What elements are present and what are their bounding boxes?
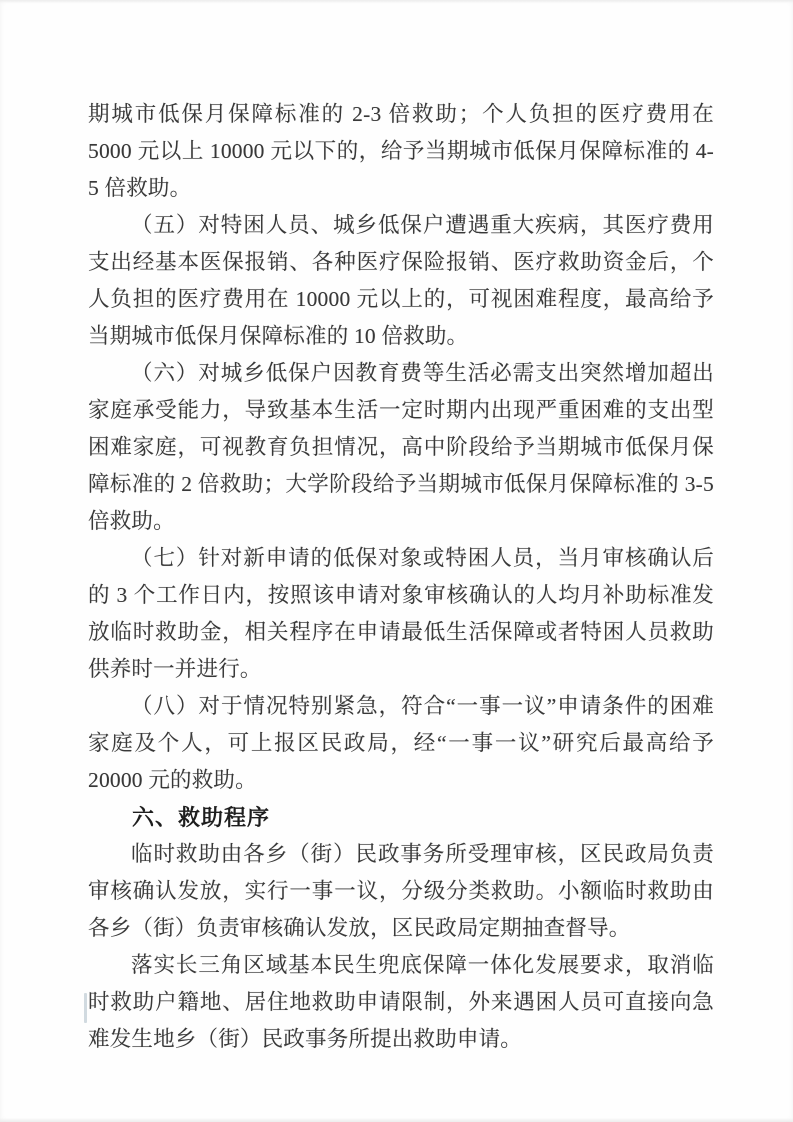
scanned-document-page: 期城市低保月保障标准的 2-3 倍救助；个人负担的医疗费用在 5000 元以上 … [0,0,793,1122]
paragraph-procedure-2: 落实长三角区域基本民生兜底保障一体化发展要求，取消临时救助户籍地、居住地救助申请… [88,947,714,1058]
paragraph-item-qi: （七）针对新申请的低保对象或特困人员，当月审核确认后的 3 个工作日内，按照该申… [88,540,714,688]
scan-artifact-mark [84,993,87,1023]
paragraph-continuation: 期城市低保月保障标准的 2-3 倍救助；个人负担的医疗费用在 5000 元以上 … [88,96,714,207]
paragraph-procedure-1: 临时救助由各乡（街）民政事务所受理审核，区民政局负责审核确认发放，实行一事一议，… [88,836,714,947]
section-heading-rescue-procedure: 六、救助程序 [88,799,714,836]
document-text-block: 期城市低保月保障标准的 2-3 倍救助；个人负担的医疗费用在 5000 元以上 … [88,96,714,1058]
scan-edge-bottom [0,1118,793,1122]
paragraph-item-liu: （六）对城乡低保户因教育费等生活必需支出突然增加超出家庭承受能力，导致基本生活一… [88,355,714,540]
scan-edge-top [0,0,793,3]
paragraph-item-ba: （八）对于情况特别紧急，符合“一事一议”申请条件的困难家庭及个人，可上报区民政局… [88,688,714,799]
paragraph-item-wu: （五）对特困人员、城乡低保户遭遇重大疾病，其医疗费用支出经基本医保报销、各种医疗… [88,207,714,355]
